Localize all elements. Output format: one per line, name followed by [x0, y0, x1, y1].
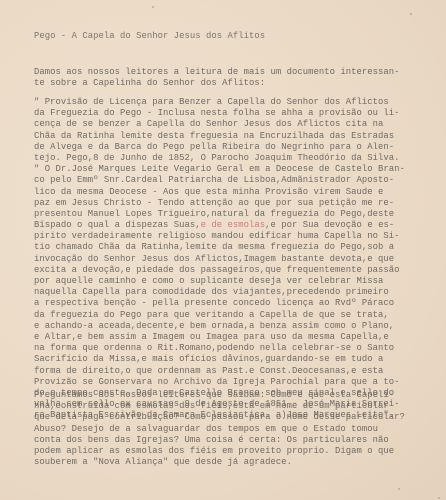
text-line: invocação do Senhor Jesus dos Aflictos,I… [34, 254, 434, 265]
closing-paragraph: Preguntamos aos nossos leitores que saib… [34, 390, 434, 468]
text-line: cença de se benzer a Capella do Senhor J… [34, 119, 434, 130]
text-line: conta dos bens das Igrejas? Uma coisa é … [34, 435, 434, 446]
text-line: tejo. Pego,8 de Junho de 1852, O Parocho… [34, 153, 434, 164]
text-line: souberem a "Nova Aliança" que desde já a… [34, 457, 434, 468]
text-line-with-red-insert: Bîspado o qual a dispezas Suas,e de esmo… [34, 220, 434, 231]
text-line: Sacrifício da Missa,e mais ofícios dåvin… [34, 354, 434, 365]
text-segment: Bîspado o qual a dispezas Suas, [34, 220, 201, 230]
text-line: podem aplicar as esmolas dos fiéis em pr… [34, 446, 434, 457]
paper-speck [438, 497, 440, 499]
text-line: " Provisão de Licença para Benzer a Cape… [34, 97, 434, 108]
text-line: co pelo Emmº Snr.Cardeal Patriarcha de L… [34, 175, 434, 186]
text-line: da Freguezia do Pego - Inclusa nesta fol… [34, 108, 434, 119]
text-line: e Altar,e bem assim a Imagem ou Imagea p… [34, 332, 434, 343]
text-line: e achando-a aceada,decente,e bem ornada,… [34, 321, 434, 332]
text-line: excita a devoção,e piedade dos passageir… [34, 265, 434, 276]
document-title: Pego - A Capela do Senhor Jesus dos Afli… [34, 31, 265, 42]
text-line: Preguntamos aos nossos leitores que saib… [34, 390, 434, 401]
text-line: te sobre a Capelinha do Senhor dos Aflit… [34, 78, 434, 89]
text-line: lico da mesma Deocese - Aos que esta min… [34, 187, 434, 198]
text-line: presentou Manuel Lopes Trigueiro,natural… [34, 209, 434, 220]
text-line: Chãa da Ratinha lemite desta freguesia n… [34, 131, 434, 142]
text-line: a respectiva benção - pella presente con… [34, 298, 434, 309]
text-line: Provizão se Gonservara no Archivo da Igr… [34, 377, 434, 388]
text-line: Abuso? Desejo de a salvaguardar dos temp… [34, 424, 434, 435]
text-line: por aquelle caminho e como o suplicante … [34, 276, 434, 287]
paper-speck [152, 6, 154, 8]
typewritten-page: Pego - A Capela do Senhor Jesus dos Afli… [0, 0, 446, 500]
text-line: naquella Capella para comodidade dos via… [34, 287, 434, 298]
text-line: da freguezia do Pego para que veritando … [34, 310, 434, 321]
text-line: forma de direito,o que ordennam as Past.… [34, 366, 434, 377]
text-line: de Alvega e da Barca do Pego pella Ribei… [34, 142, 434, 153]
paper-speck [410, 13, 412, 15]
quoted-provision: " Provisão de Licença para Benzer a Cape… [34, 97, 434, 421]
text-line: que dela paga contribuição? Como passou … [34, 412, 434, 423]
text-line: paz em Jesus Christo - Tendo attenção ao… [34, 198, 434, 209]
text-line: pírito verdadeiramente religioso mandou … [34, 231, 434, 242]
text-line: na forma que ordenna o Rit.Romano,podend… [34, 343, 434, 354]
text-line: Damos aos nossos leitores a leitura de m… [34, 67, 434, 78]
text-line: nha,construida com esmolas dos fiéis,est… [34, 401, 434, 412]
text-segment: ,e por Sua devoção e es- [265, 220, 394, 230]
text-line: " O Dr.José Marques Leite Vegario Geral … [34, 164, 434, 175]
text-line: tio chamado Chãa da Ratinha,lemite da me… [34, 242, 434, 253]
paper-speck [398, 488, 400, 490]
red-annotation: e de esmolas [201, 220, 266, 230]
intro-paragraph: Damos aos nossos leitores a leitura de m… [34, 67, 434, 89]
